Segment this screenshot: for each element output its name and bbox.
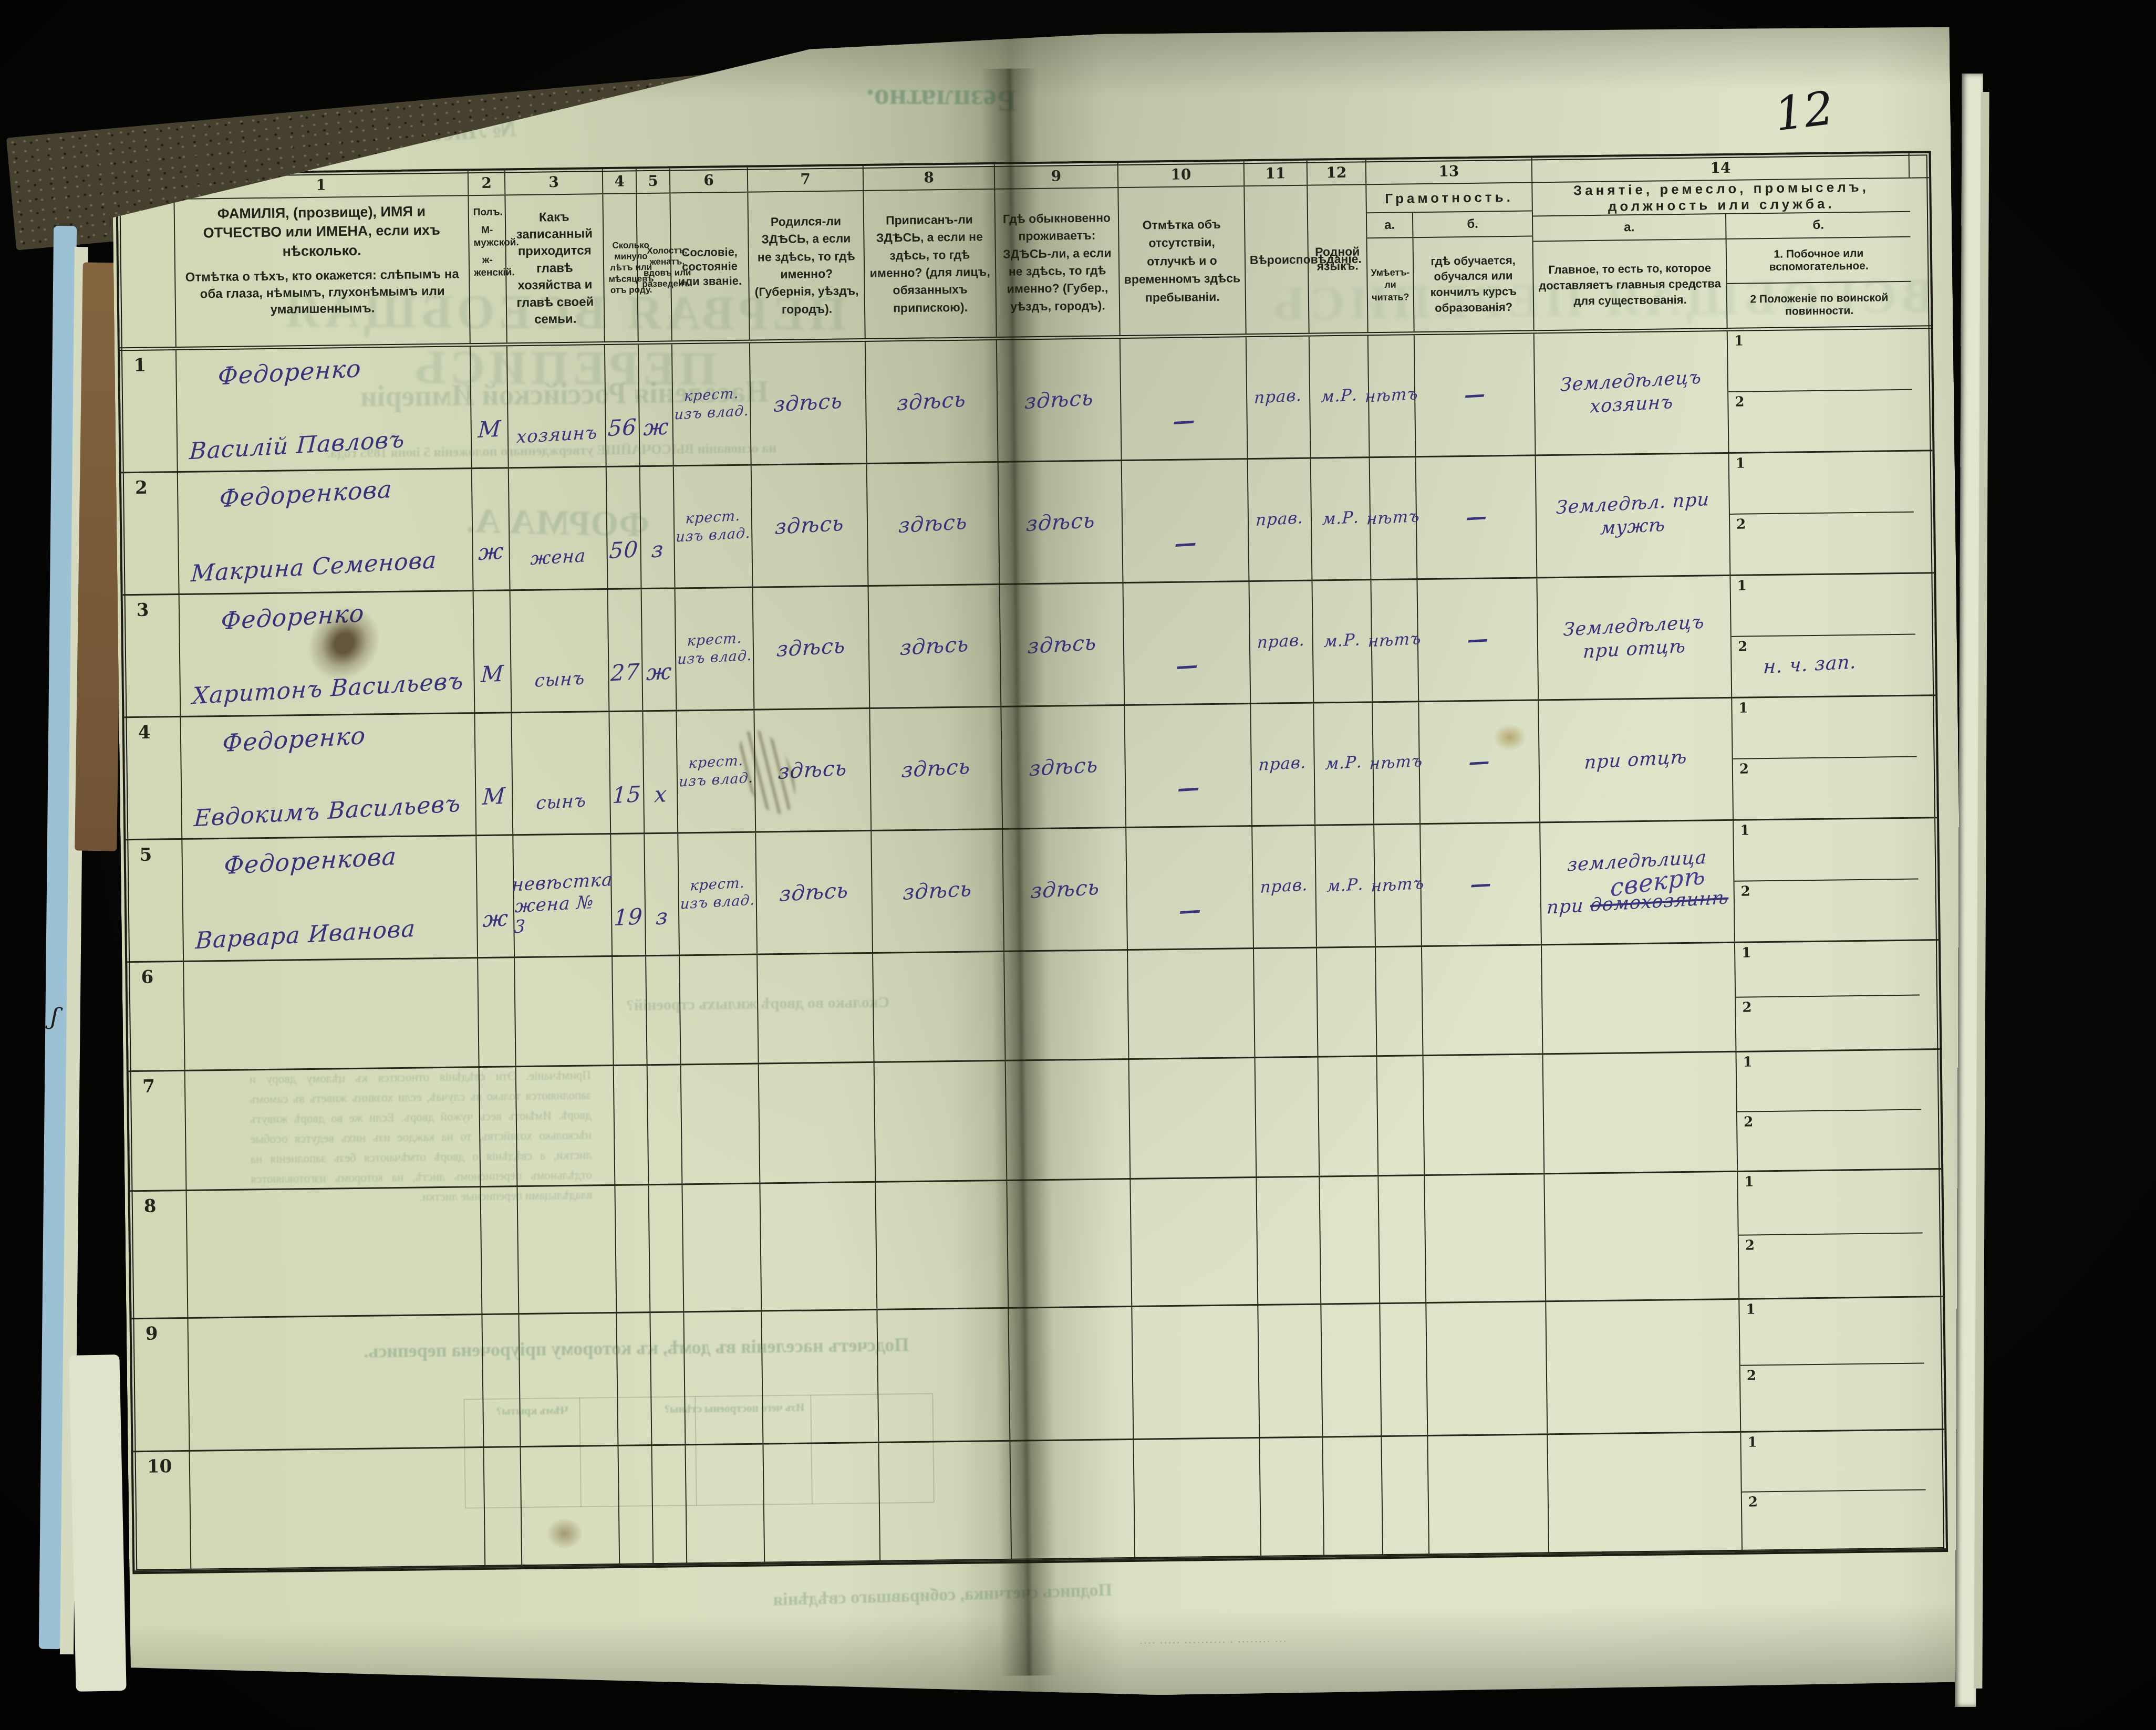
- handwritten-religion: прав.: [1258, 754, 1307, 775]
- printed-sub-label-1: 1: [1744, 1174, 1754, 1190]
- cell-sex: М: [474, 591, 512, 712]
- handwritten-marital: х: [654, 781, 668, 808]
- cell-age: [615, 1185, 650, 1312]
- handwritten-education-dash: —: [1468, 749, 1490, 775]
- row-number: 9: [131, 1319, 190, 1451]
- handwritten-registered: здѣсь: [899, 632, 970, 661]
- cell-sex: ж: [476, 836, 515, 957]
- cell-literacy-read: [1378, 1176, 1426, 1302]
- cell-occupation-side: 12: [1741, 1431, 1926, 1551]
- printed-sub-label-2: 2: [1744, 1114, 1753, 1130]
- cell-marital: х: [643, 711, 678, 832]
- cell-relation: [515, 957, 614, 1066]
- cell-absence: —: [1123, 582, 1251, 704]
- cell-marital: [648, 1065, 683, 1184]
- cell-name: [188, 1315, 484, 1450]
- handwritten-religion: прав.: [1256, 509, 1304, 530]
- column-number: 11: [1245, 161, 1308, 185]
- occupation-side-sub-2: 2: [1736, 995, 1920, 1051]
- table-row: 2ФедоренковаМакрина Семеноважжена50зкрес…: [121, 451, 1934, 596]
- header-occupation-side-2: 2 Положеніе по воинской повинности.: [1727, 282, 1912, 328]
- cell-estate: [682, 1184, 762, 1311]
- table-row: 5ФедоренковаВарвара Ивановажневѣсткажена…: [126, 818, 1939, 963]
- cell-registration: здѣсь: [866, 340, 999, 463]
- cell-language: м.Р.: [1311, 458, 1372, 579]
- cell-occupation-side: 12: [1738, 1170, 1923, 1298]
- cell-language: м.Р.: [1315, 825, 1376, 946]
- header-absence: Отмѣтка объ отсутствіи, отлучкѣ и о врем…: [1118, 186, 1246, 335]
- cell-residence: [1006, 1060, 1131, 1180]
- cell-estate: [681, 1065, 761, 1184]
- handwritten-relation: сынъ: [536, 790, 587, 814]
- cell-residence: [1007, 1180, 1132, 1307]
- header-estate: Сословіе, состояніе или званіе.: [670, 193, 750, 341]
- printed-sub-label-1: 1: [1746, 1301, 1755, 1317]
- cell-estate: [686, 1445, 765, 1564]
- cell-sex: М: [475, 713, 513, 835]
- cell-religion: [1256, 1058, 1320, 1176]
- handwritten-born: здѣсь: [779, 878, 849, 906]
- handwritten-language: м.Р.: [1320, 386, 1358, 407]
- column-number: 14: [1532, 153, 1910, 182]
- cell-sex: М: [471, 346, 509, 467]
- handwritten-given-name: Варвара Иванова: [195, 913, 473, 955]
- cell-marital: ж: [639, 344, 674, 465]
- handwritten-education-dash: —: [1465, 505, 1487, 530]
- cell-registration: [879, 1442, 1012, 1561]
- occupation-side-sub-1: 1: [1729, 452, 1914, 515]
- column-number: 7: [748, 166, 864, 192]
- cell-absence: —: [1126, 827, 1254, 949]
- header-literacy-sub-a: а.: [1367, 213, 1414, 237]
- cell-residence: здѣсь: [1001, 706, 1126, 828]
- header-literacy-title: Грамотность.: [1366, 183, 1532, 213]
- handwritten-lives: здѣсь: [1025, 508, 1096, 537]
- header-occupation-side-1: 1. Побочное или вспомогательное.: [1727, 237, 1911, 284]
- occupation-side-sub-1: 1: [1730, 574, 1915, 637]
- handwritten-sex: ж: [478, 538, 504, 565]
- cell-religion: [1257, 1177, 1321, 1304]
- handwritten-born: здѣсь: [778, 756, 848, 785]
- handwritten-surname: Федоренко: [217, 349, 466, 390]
- printed-sub-label-2: 2: [1741, 883, 1750, 899]
- header-literacy-sub-b: б.: [1413, 211, 1532, 237]
- printed-sub-label-2: 2: [1738, 639, 1747, 655]
- handwritten-education-dash: —: [1469, 872, 1492, 897]
- cell-language: м.Р.: [1312, 580, 1373, 702]
- header-occupation-sub-a: а.: [1533, 214, 1727, 241]
- handwritten-age: 19: [613, 904, 644, 931]
- cell-age: 50: [607, 467, 642, 588]
- handwritten-estate: изъ влад.: [674, 403, 750, 424]
- handwritten-given-name: Василій Павловъ: [189, 423, 467, 465]
- occupation-side-sub-2: 2: [1739, 1234, 1923, 1298]
- header-rowno: [118, 200, 176, 347]
- cell-marital: ж: [642, 589, 677, 710]
- cell-relation: [517, 1186, 617, 1313]
- handwritten-lives: здѣсь: [1028, 753, 1098, 781]
- occupation-side-sub-2: 2: [1730, 513, 1914, 575]
- row-number: 2: [121, 473, 180, 594]
- handwritten-occupation-line: при отцѣ: [1584, 746, 1688, 773]
- cell-language: [1319, 1057, 1379, 1175]
- cell-relation: жена: [509, 467, 608, 589]
- cell-absence: [1131, 1178, 1258, 1306]
- handwritten-relation: хозяинъ: [516, 423, 598, 448]
- cell-residence: здѣсь: [1000, 583, 1125, 706]
- cell-language: м.Р.: [1314, 703, 1374, 824]
- cell-marital: [652, 1445, 687, 1564]
- handwritten-estate: крест.: [689, 874, 745, 894]
- cell-literacy-education: —: [1419, 701, 1540, 823]
- cell-absence: [1134, 1439, 1261, 1558]
- cell-literacy-education: [1422, 945, 1543, 1055]
- cell-birthplace: здѣсь: [753, 587, 870, 709]
- cell-language: м.Р.: [1310, 336, 1370, 457]
- cell-literacy-read: нѣтъ: [1374, 825, 1422, 946]
- cell-language: [1320, 1176, 1380, 1303]
- handwritten-surname: Федоренко: [220, 593, 469, 635]
- cell-name: ФедоренковаВарвара Иванова: [182, 836, 478, 961]
- header-marital: Холостъ, женатъ, вдовъ или разведенъ.: [637, 194, 672, 341]
- cell-birthplace: здѣсь: [750, 342, 867, 464]
- cell-literacy-education: —: [1417, 578, 1539, 701]
- occupation-side-sub-1: 1: [1735, 941, 1920, 998]
- cell-absence: —: [1125, 704, 1252, 827]
- cell-registration: здѣсь: [870, 707, 1003, 830]
- cell-registration: [875, 1061, 1008, 1181]
- printed-sub-label-2: 2: [1736, 517, 1746, 533]
- cell-literacy-education: —: [1415, 334, 1536, 456]
- cell-birthplace: здѣсь: [752, 464, 869, 587]
- handwritten-occupation-line: Земледѣлецъ: [1560, 367, 1702, 395]
- column-number: 3: [505, 169, 604, 194]
- cell-registration: [877, 1309, 1010, 1442]
- cell-age: [614, 1066, 649, 1184]
- header-occupation-title: Занятіе, ремесло, промыселъ, должность и…: [1532, 179, 1910, 217]
- printed-sub-label-1: 1: [1740, 822, 1749, 838]
- handwritten-registered: здѣсь: [896, 388, 967, 416]
- handwritten-age: 56: [607, 414, 638, 442]
- handwritten-lives: здѣсь: [1027, 631, 1097, 659]
- printed-sub-label-2: 2: [1735, 394, 1744, 410]
- cell-name: ФедоренкоХаритонъ Васильевъ: [180, 591, 475, 716]
- handwritten-language: м.Р.: [1322, 508, 1360, 529]
- header-relation: Какъ записанный приходится главѣ хозяйст…: [505, 194, 605, 342]
- cell-age: [613, 956, 647, 1065]
- cell-occupation-main: [1543, 1052, 1738, 1173]
- handwritten-estate: крест.: [687, 630, 742, 650]
- cell-name: [184, 958, 479, 1070]
- printed-sub-label-1: 1: [1734, 334, 1744, 349]
- cell-age: 19: [611, 834, 646, 955]
- cell-marital: [649, 1185, 684, 1311]
- occupation-side-sub-1: 1: [1736, 1050, 1921, 1112]
- page-stack-bottom-left: [69, 1354, 126, 1692]
- table-row: 712: [129, 1050, 1942, 1192]
- cell-birthplace: [758, 954, 874, 1063]
- cell-literacy-education: [1424, 1055, 1545, 1174]
- cell-literacy-read: нѣтъ: [1369, 335, 1416, 456]
- table-body: 1ФедоренкоВасилій ПавловъМхозяинъ56жкрес…: [120, 329, 1946, 1572]
- cell-absence: [1132, 1306, 1260, 1439]
- handwritten-estate: изъ влад.: [677, 647, 752, 668]
- handwritten-registered: здѣсь: [901, 755, 971, 783]
- handwritten-absence-dash: —: [1178, 897, 1201, 924]
- header-sex: Полъ. М-мужской. ж-женскій.: [469, 195, 507, 343]
- column-number: 9: [995, 163, 1119, 189]
- occupation-side-sub-2: 2: [1740, 1364, 1925, 1431]
- header-sex-title: Полъ.: [473, 206, 501, 218]
- cell-estate: крест.изъ влад.: [674, 466, 753, 588]
- row-number: 8: [130, 1191, 188, 1318]
- occupation-side-sub-2: 2: [1733, 757, 1917, 819]
- photo-of-census-book: Безплатно. № Листа ПЕРВАЯ ВСЕОБЩАЯ ПЕРЕП…: [0, 0, 2156, 1730]
- cell-occupation-side: 12: [1729, 452, 1915, 575]
- cell-name: [190, 1448, 486, 1570]
- cell-language: [1323, 1437, 1383, 1556]
- header-name-main: ФАМИЛІЯ, (прозвище), ИМЯ и ОТЧЕСТВО или …: [179, 201, 464, 262]
- handwritten-sex: М: [482, 783, 506, 810]
- handwritten-estate: изъ влад.: [680, 892, 755, 913]
- handwritten-absence-dash: —: [1172, 408, 1196, 434]
- cell-sex: [478, 958, 516, 1066]
- cell-literacy-read: [1376, 947, 1423, 1055]
- handwritten-religion: прав.: [1257, 631, 1305, 653]
- cell-relation: [516, 1066, 616, 1185]
- printed-sub-label-1: 1: [1738, 701, 1748, 716]
- handwritten-occupation-line: хозяинъ: [1589, 392, 1674, 418]
- cell-name: [186, 1187, 482, 1317]
- cell-residence: здѣсь: [1003, 828, 1128, 951]
- cell-literacy-education: [1428, 1435, 1549, 1555]
- column-number: 10: [1118, 161, 1245, 187]
- cell-literacy-education: —: [1416, 456, 1538, 578]
- table-row: 812: [130, 1170, 1943, 1319]
- cell-estate: крест.изъ влад.: [677, 711, 756, 832]
- cell-birthplace: [762, 1310, 879, 1443]
- ghost-enumerator-signature: Подпись счетчика, собиравшаго свѣдѣнія: [650, 1580, 1113, 1614]
- printed-sub-label-1: 1: [1743, 1054, 1753, 1070]
- cell-registration: здѣсь: [869, 585, 1002, 707]
- header-sex-male: М-мужской.: [473, 224, 501, 249]
- cell-occupation-side: 12: [1735, 941, 1920, 1051]
- cell-registration: [876, 1181, 1009, 1309]
- handwritten-given-name: Макрина Семенова: [190, 546, 469, 588]
- table-row: 1ФедоренкоВасилій ПавловъМхозяинъ56жкрес…: [120, 329, 1933, 473]
- handwritten-registered: здѣсь: [898, 510, 968, 538]
- printed-sub-label-2: 2: [1739, 762, 1749, 777]
- handwritten-age: 15: [611, 781, 642, 809]
- handwritten-education-dash: —: [1464, 382, 1486, 408]
- column-number: 6: [670, 168, 749, 193]
- cell-literacy-education: [1426, 1302, 1548, 1435]
- header-occupation-sub-b: б.: [1726, 212, 1911, 238]
- handwritten-religion: прав.: [1260, 876, 1309, 898]
- handwritten-estate: изъ влад.: [675, 525, 751, 546]
- handwritten-absence-dash: —: [1177, 775, 1200, 801]
- cell-occupation-main: Земледѣлецъхозяинъ: [1535, 331, 1729, 454]
- column-number: 5: [637, 169, 671, 193]
- cell-literacy-read: [1377, 1056, 1425, 1175]
- occupation-side-sub-2: 2: [1735, 880, 1919, 942]
- printed-sub-label-2: 2: [1745, 1237, 1755, 1253]
- table-row: 3ФедоренкоХаритонъ ВасильевъМсынъ27жкрес…: [123, 574, 1936, 718]
- header-birthplace: Родился-ли ЗДѢСЬ, а если не здѣсь, то гд…: [748, 191, 865, 340]
- printed-sub-label-1: 1: [1736, 456, 1745, 472]
- cell-estate: крест.изъ влад.: [672, 343, 752, 465]
- cell-religion: прав.: [1252, 826, 1317, 947]
- column-number: 12: [1308, 160, 1367, 184]
- handwritten-military-status: н. ч. зап.: [1763, 651, 1857, 678]
- cell-age: [617, 1313, 652, 1445]
- cell-religion: [1260, 1438, 1324, 1557]
- cell-occupation-main: [1542, 943, 1736, 1053]
- cell-absence: [1129, 1058, 1257, 1178]
- cell-occupation-side: 12: [1739, 1298, 1925, 1431]
- header-occupation: Занятіе, ремесло, промыселъ, должность и…: [1532, 179, 1911, 330]
- column-number: 8: [864, 164, 996, 190]
- occupation-side-sub-1: 1: [1732, 696, 1916, 759]
- cell-name: [185, 1068, 481, 1190]
- cell-absence: —: [1121, 337, 1248, 460]
- cell-language: [1317, 947, 1377, 1056]
- handwritten-language: м.Р.: [1326, 876, 1364, 897]
- cell-occupation-main: [1546, 1300, 1741, 1433]
- handwritten-reads: нѣтъ: [1369, 752, 1423, 774]
- handwritten-religion: прав.: [1254, 387, 1303, 408]
- cell-religion: прав.: [1247, 337, 1311, 458]
- handwritten-estate: крест.: [685, 507, 741, 527]
- handwritten-absence-dash: —: [1174, 530, 1197, 557]
- handwritten-estate: крест.: [688, 752, 744, 772]
- cell-occupation-main: Земледѣл. примужѣ: [1536, 454, 1731, 577]
- handwritten-age: 50: [609, 537, 639, 564]
- cell-literacy-read: нѣтъ: [1373, 702, 1421, 824]
- handwritten-given-name: Евдокимъ Васильевъ: [193, 790, 472, 832]
- handwritten-occupation-line: при отцѣ: [1582, 636, 1686, 663]
- cell-registration: [873, 952, 1006, 1061]
- handwritten-language: м.Р.: [1323, 631, 1361, 652]
- cell-marital: з: [645, 833, 680, 955]
- printed-sub-label-1: 1: [1747, 1434, 1757, 1450]
- header-name-note: Отмѣтка о тѣхъ, кто окажется: слѣпымъ на…: [180, 266, 465, 319]
- cell-birthplace: [763, 1443, 880, 1563]
- row-number: 6: [127, 962, 185, 1070]
- table-row: 612: [127, 941, 1940, 1072]
- handwritten-occupation-line: при домохозяинѣ: [1546, 888, 1729, 919]
- handwritten-marital: з: [651, 537, 665, 563]
- occupation-side-sub-1: 1: [1728, 329, 1912, 392]
- occupation-side-sub-1: 1: [1738, 1170, 1922, 1236]
- cell-estate: крест.изъ влад.: [678, 833, 758, 955]
- header-religion: Вѣроисповѣданіе.: [1245, 186, 1309, 334]
- cell-absence: —: [1122, 460, 1250, 582]
- cell-name: ФедоренкоВасилій Павловъ: [177, 347, 472, 471]
- printed-sub-label-2: 2: [1747, 1368, 1756, 1383]
- handwritten-occupation-line: мужѣ: [1600, 515, 1666, 539]
- handwritten-reads: нѣтъ: [1367, 630, 1422, 651]
- header-sex-female: ж-женскій.: [474, 254, 502, 279]
- cell-literacy-education: —: [1421, 823, 1542, 945]
- handwritten-occupation-line: Земледѣл. при: [1556, 489, 1710, 519]
- cell-occupation-main: при отцѣ: [1539, 699, 1734, 821]
- occupation-side-sub-2: 2: [1742, 1490, 1926, 1551]
- handwritten-marital: ж: [646, 659, 672, 685]
- cell-residence: [1009, 1307, 1134, 1440]
- header-literacy-read: Умѣетъ-ли читать?: [1367, 238, 1414, 332]
- handwritten-given-name: Харитонъ Васильевъ: [192, 668, 470, 710]
- column-number: 2: [469, 170, 506, 195]
- handwritten-lives: здѣсь: [1024, 386, 1094, 414]
- header-registration: Приписанъ-ли ЗДѢСЬ, а если не здѣсь, то …: [864, 190, 997, 338]
- handwritten-sex: М: [478, 416, 502, 443]
- handwritten-education-dash: —: [1466, 627, 1489, 652]
- table-row: 1012: [133, 1430, 1946, 1572]
- cell-marital: [646, 956, 681, 1064]
- cell-occupation-side: 12: [1736, 1050, 1922, 1171]
- cell-estate: [684, 1312, 763, 1444]
- table-row: 4ФедоренкоЕвдокимъ ВасильевъМсынъ15хкрес…: [124, 696, 1937, 840]
- occupation-side-sub-2: 2: [1728, 390, 1913, 452]
- row-number: 3: [123, 595, 181, 716]
- census-table: 1 2 3 4 5 6 7 8 9 10 11 12 13 14 ФАМИЛІЯ…: [116, 151, 1948, 1574]
- cell-religion: прав.: [1248, 459, 1313, 580]
- row-number: 1: [120, 350, 178, 472]
- handwritten-relation: жена: [530, 546, 586, 569]
- cell-literacy-read: нѣтъ: [1371, 580, 1419, 701]
- cell-estate: [680, 955, 759, 1064]
- cell-occupation-side: 12: [1728, 329, 1913, 452]
- cell-marital: з: [640, 466, 676, 588]
- handwritten-absence-dash: —: [1175, 652, 1199, 679]
- page-number: 12: [1771, 81, 1837, 142]
- occupation-side-sub-1: 1: [1734, 819, 1918, 882]
- cell-sex: [482, 1315, 521, 1446]
- cell-absence: [1128, 949, 1255, 1058]
- handwritten-registered: здѣсь: [903, 877, 973, 905]
- header-literacy-education: гдѣ обучается, обучался или кончилъ курс…: [1413, 236, 1533, 331]
- handwritten-estate: изъ влад.: [678, 769, 754, 790]
- header-age: Сколько минуло лѣтъ или мѣсяцевъ отъ род…: [603, 194, 638, 341]
- cell-residence: здѣсь: [999, 461, 1124, 583]
- handwritten-sex: М: [480, 661, 504, 687]
- row-number: 4: [124, 717, 182, 839]
- cell-occupation-side: 12: [1734, 819, 1919, 942]
- header-language: Родной языкъ.: [1308, 185, 1368, 332]
- handwritten-relation: жена № 3: [513, 891, 612, 938]
- cell-relation: сынъ: [511, 590, 610, 712]
- handwritten-born: здѣсь: [774, 512, 845, 540]
- handwritten-born: здѣсь: [773, 389, 843, 418]
- cell-occupation-main: Земледѣлецъпри отцѣ: [1537, 576, 1732, 699]
- cell-relation: сынъ: [512, 712, 611, 834]
- ghost-printer-imprint: ··· ········ · ·········· ····· ····: [918, 1638, 1286, 1651]
- cell-birthplace: [759, 1063, 876, 1183]
- cell-literacy-read: нѣтъ: [1370, 457, 1418, 579]
- cell-sex: [480, 1067, 518, 1186]
- cell-religion: прав.: [1249, 581, 1314, 703]
- cell-age: 15: [609, 712, 645, 833]
- header-residence: Гдѣ обыкновенно проживаетъ: ЗДѢСЬ-ли, а …: [995, 188, 1120, 337]
- cell-birthplace: [760, 1183, 877, 1310]
- printed-sub-label-2: 2: [1748, 1494, 1758, 1510]
- handwritten-reads: нѣтъ: [1371, 874, 1425, 896]
- cell-relation: невѣсткажена № 3: [513, 835, 613, 956]
- handwritten-sex: ж: [482, 905, 509, 932]
- handwritten-marital: ж: [642, 414, 669, 441]
- handwritten-born: здѣсь: [776, 634, 846, 662]
